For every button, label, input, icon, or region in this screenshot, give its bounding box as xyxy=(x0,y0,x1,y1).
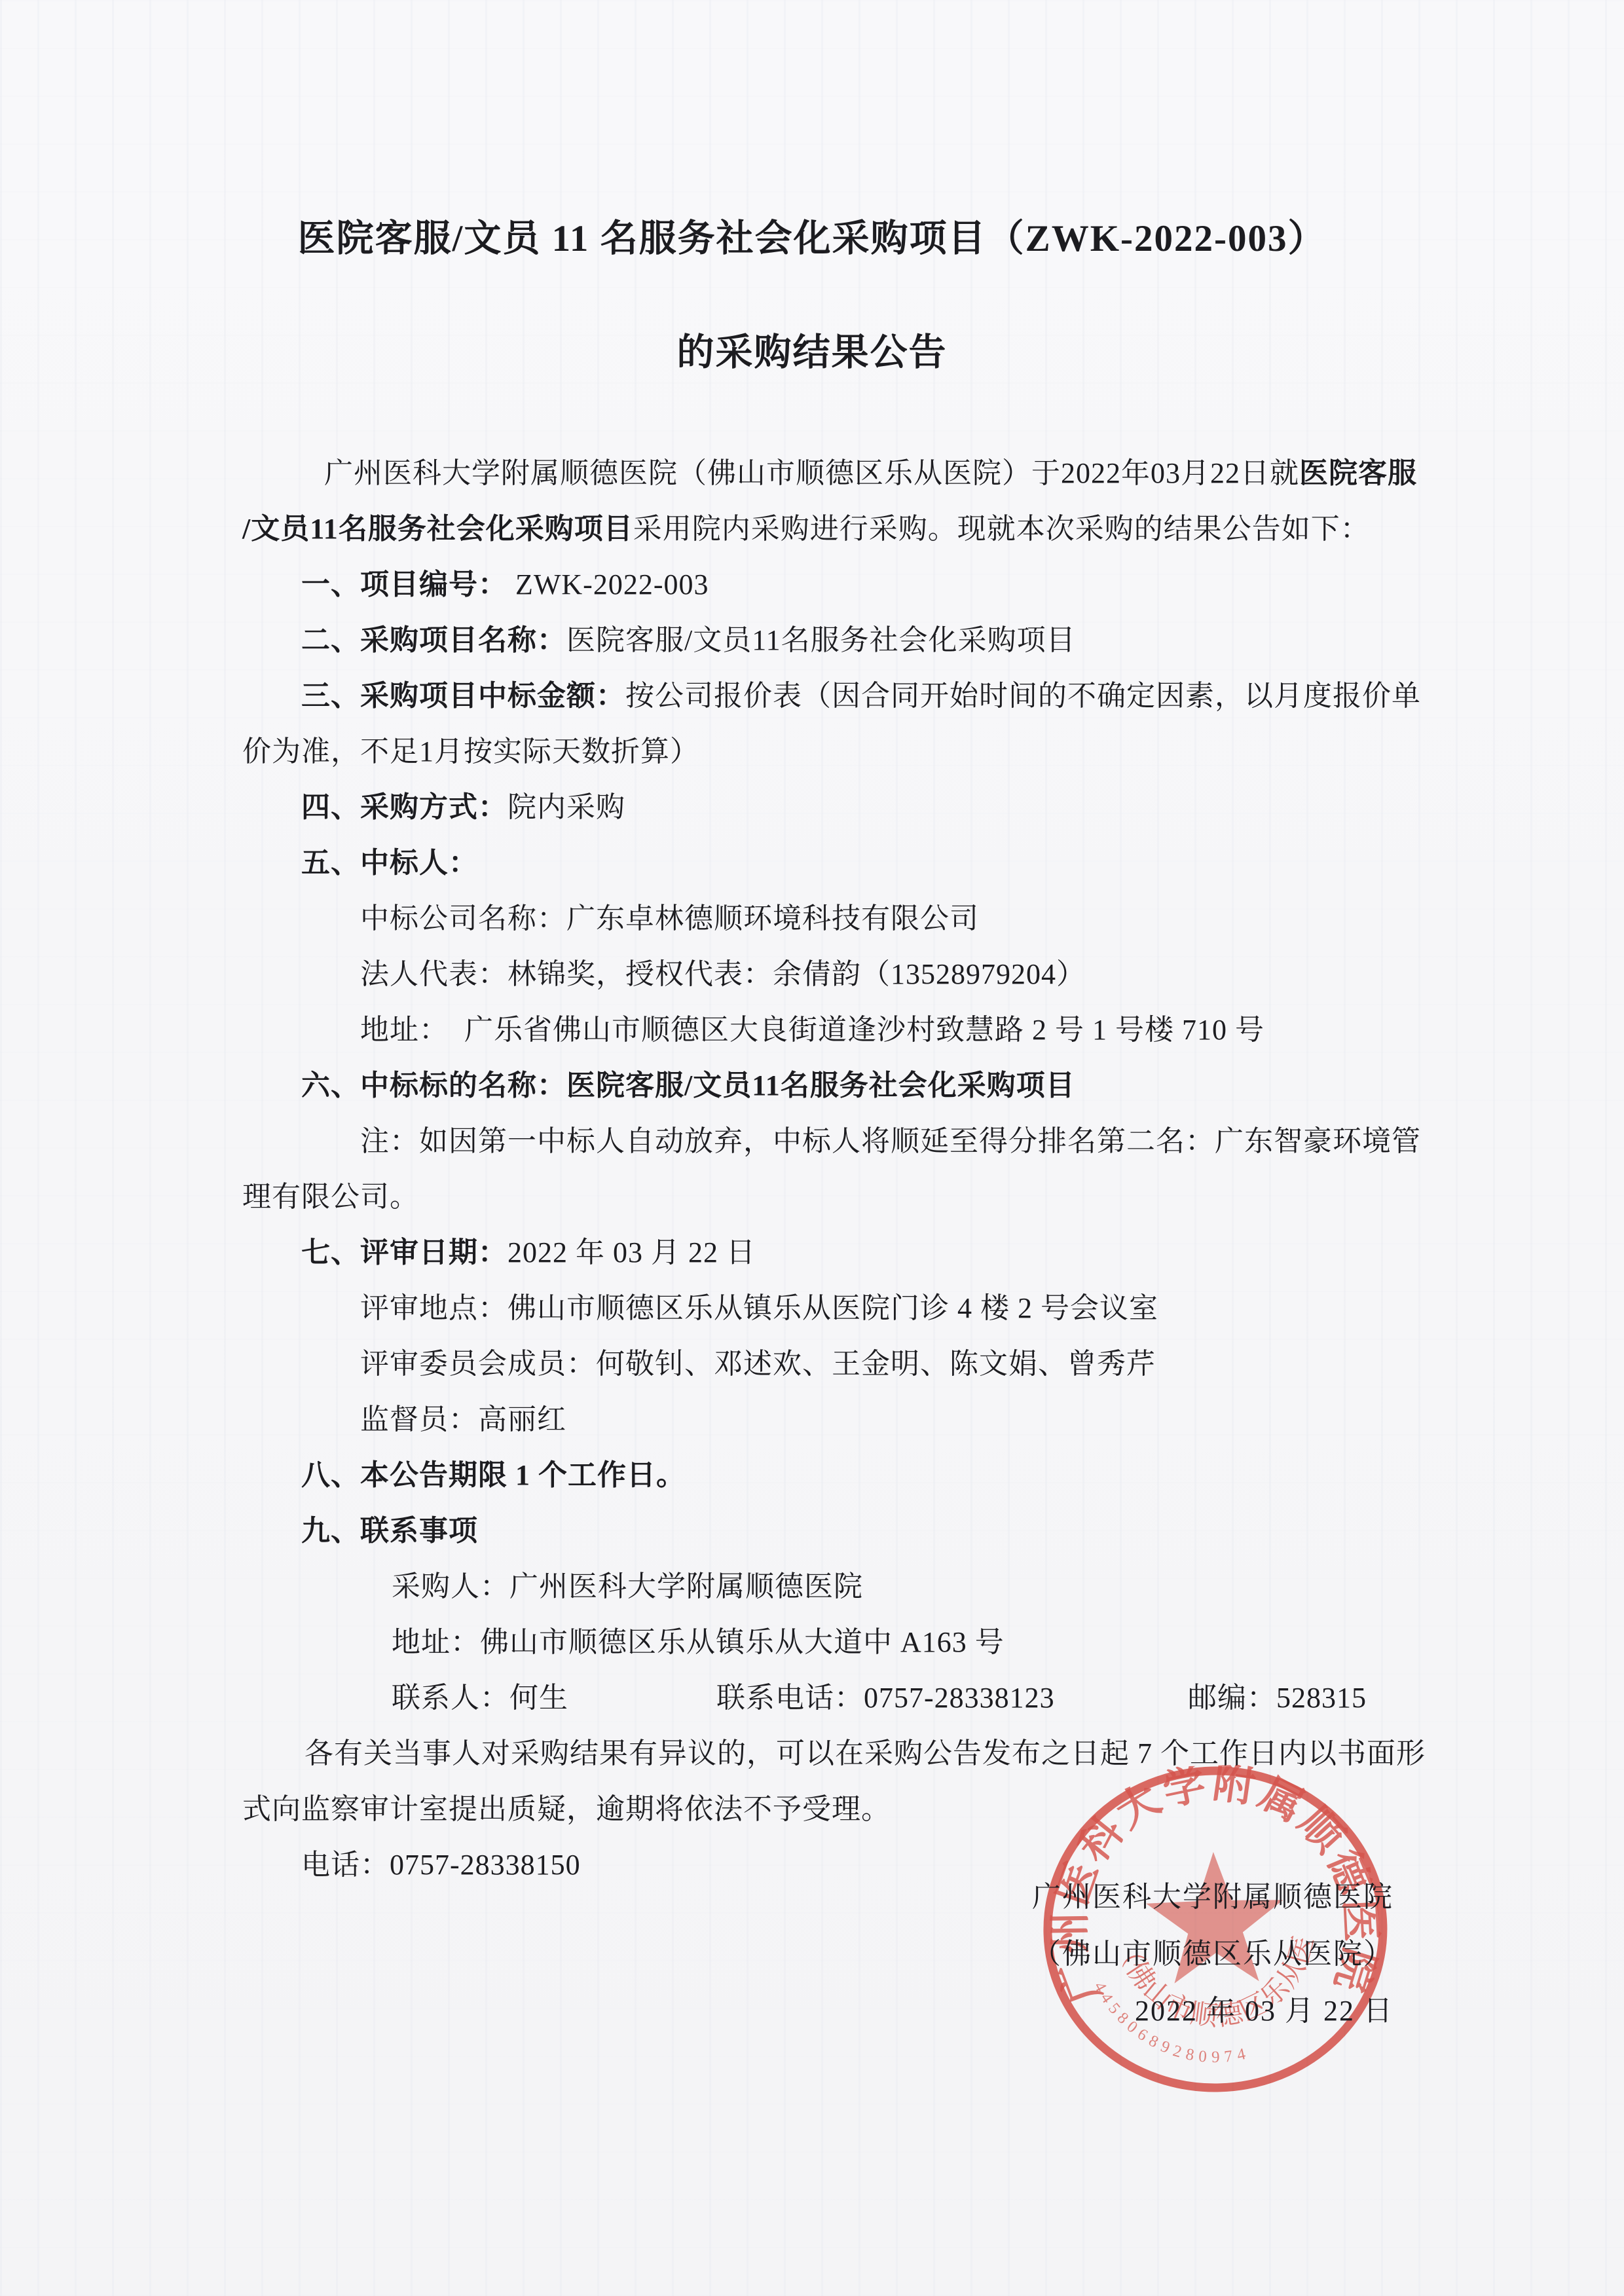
doc-line-19: 八、本公告期限 1 个工作日。 xyxy=(242,1447,1414,1503)
text-segment: 三、采购项目中标金额： xyxy=(301,680,625,712)
text-segment: /文员11名服务社会化采购项目 xyxy=(242,513,633,545)
text-segment: 五、中标人： xyxy=(301,847,478,879)
document-title-line-1: 医院客服/文员 11 名服务社会化采购项目（ZWK-2022-003） xyxy=(0,208,1624,262)
scanned-document-page: 医院客服/文员 11 名服务社会化采购项目（ZWK-2022-003） 的采购结… xyxy=(0,0,1624,2296)
doc-line-10: 法人代表：林锦奖，授权代表：余倩韵（13528979204） xyxy=(242,946,1414,1002)
text-segment: ZWK-2022-003 xyxy=(507,568,709,601)
text-segment: 二、采购项目名称： xyxy=(301,624,566,656)
text-segment: 地址：佛山市顺德区乐从镇乐从大道中 A163 号 xyxy=(392,1626,1005,1658)
signature-block: 广州医科大学附属顺德医院 （佛山市顺德区乐从医院） 2022 年 03 月 22… xyxy=(1032,1868,1393,2039)
doc-line-12: 六、中标标的名称：医院客服/文员11名服务社会化采购项目 xyxy=(242,1058,1414,1113)
text-segment: 注：如因第一中标人自动放弃，中标人将顺延至得分排名第二名：广东智豪环境管 xyxy=(360,1125,1421,1157)
text-segment: 电话：0757-28338150 xyxy=(301,1849,581,1881)
text-segment: 各有关当事人对采购结果有异议的，可以在采购公告发布之日起 7 个工作日内以书面形 xyxy=(304,1737,1426,1769)
text-segment: 评审委员会成员：何敬钊、邓述欢、王金明、陈文娟、曾秀芹 xyxy=(360,1348,1156,1380)
doc-line-25: 式向监察审计室提出质疑，逾期将依法不予受理。 xyxy=(242,1781,1414,1837)
text-segment: 七、评审日期： xyxy=(301,1236,507,1268)
text-segment: 理有限公司。 xyxy=(242,1181,419,1213)
text-segment: 2022 年 03 月 22 日 xyxy=(507,1236,756,1268)
doc-line-18: 监督员：高丽红 xyxy=(242,1392,1414,1447)
doc-line-15: 七、评审日期：2022 年 03 月 22 日 xyxy=(242,1225,1414,1280)
text-segment: 四、采购方式： xyxy=(301,791,507,823)
text-segment: 院内采购 xyxy=(507,791,625,823)
text-segment: 式向监察审计室提出质疑，逾期将依法不予受理。 xyxy=(242,1793,891,1825)
text-segment: 价为准，不足1月按实际天数折算） xyxy=(242,735,699,768)
text-segment: 八、本公告期限 1 个工作日。 xyxy=(301,1459,686,1491)
text-segment: 联系电话：0757-28338123 xyxy=(716,1670,1055,1726)
text-segment: 监督员：高丽红 xyxy=(360,1403,566,1435)
doc-line-8: 五、中标人： xyxy=(242,835,1414,891)
text-segment: 按公司报价表（因合同开始时间的不确定因素，以月度报价单 xyxy=(625,680,1421,712)
text-segment: 评审地点：佛山市顺德区乐从镇乐从医院门诊 4 楼 2 号会议室 xyxy=(360,1292,1158,1324)
doc-line-13: 注：如因第一中标人自动放弃，中标人将顺延至得分排名第二名：广东智豪环境管 xyxy=(242,1113,1414,1169)
doc-line-2: /文员11名服务社会化采购项目采用院内采购进行采购。现就本次采购的结果公告如下： xyxy=(242,501,1414,557)
doc-line-9: 中标公司名称：广东卓林德顺环境科技有限公司 xyxy=(242,891,1414,946)
doc-line-24: 各有关当事人对采购结果有异议的，可以在采购公告发布之日起 7 个工作日内以书面形 xyxy=(242,1726,1414,1781)
doc-line-21: 采购人：广州医科大学附属顺德医院 xyxy=(242,1559,1414,1614)
text-segment: 法人代表：林锦奖，授权代表：余倩韵（13528979204） xyxy=(360,958,1086,990)
doc-line-3: 一、项目编号： ZWK-2022-003 xyxy=(242,557,1414,612)
signature-date: 2022 年 03 月 22 日 xyxy=(1032,1982,1393,2039)
text-segment: 一、项目编号： xyxy=(301,568,507,601)
doc-line-7: 四、采购方式：院内采购 xyxy=(242,779,1414,835)
text-segment: 地址： 广乐省佛山市顺德区大良街道逢沙村致慧路 2 号 1 号楼 710 号 xyxy=(360,1014,1264,1046)
text-segment: 六、中标标的名称：医院客服/文员11名服务社会化采购项目 xyxy=(301,1069,1075,1102)
text-segment: 中标公司名称：广东卓林德顺环境科技有限公司 xyxy=(360,902,979,935)
doc-line-14: 理有限公司。 xyxy=(242,1169,1414,1225)
text-segment: 采购人：广州医科大学附属顺德医院 xyxy=(392,1570,863,1602)
signature-org-name: 广州医科大学附属顺德医院 xyxy=(1032,1868,1393,1925)
text-segment: 联系人：何生 xyxy=(392,1670,568,1726)
doc-line-11: 地址： 广乐省佛山市顺德区大良街道逢沙村致慧路 2 号 1 号楼 710 号 xyxy=(242,1002,1414,1058)
text-segment: 医院客服 xyxy=(1299,457,1417,489)
doc-line-16: 评审地点：佛山市顺德区乐从镇乐从医院门诊 4 楼 2 号会议室 xyxy=(242,1280,1414,1336)
doc-line-20: 九、联系事项 xyxy=(242,1503,1414,1559)
document-body: 广州医科大学附属顺德医院（佛山市顺德区乐从医院）于2022年03月22日就医院客… xyxy=(242,445,1414,1893)
text-segment: 邮编：528315 xyxy=(1188,1670,1367,1726)
text-segment: 医院客服/文员11名服务社会化采购项目 xyxy=(566,624,1076,656)
text-segment: 采用院内采购进行采购。现就本次采购的结果公告如下： xyxy=(633,513,1370,545)
signature-org-alias: （佛山市顺德区乐从医院） xyxy=(1032,1925,1393,1982)
doc-line-17: 评审委员会成员：何敬钊、邓述欢、王金明、陈文娟、曾秀芹 xyxy=(242,1336,1414,1392)
doc-line-5: 三、采购项目中标金额：按公司报价表（因合同开始时间的不确定因素，以月度报价单 xyxy=(242,668,1414,724)
doc-line-22: 地址：佛山市顺德区乐从镇乐从大道中 A163 号 xyxy=(242,1614,1414,1670)
text-segment: 九、联系事项 xyxy=(301,1515,478,1547)
doc-line-4: 二、采购项目名称：医院客服/文员11名服务社会化采购项目 xyxy=(242,612,1414,668)
text-segment: 广州医科大学附属顺德医院（佛山市顺德区乐从医院）于2022年03月22日就 xyxy=(324,457,1299,489)
doc-line-23: 联系人：何生联系电话：0757-28338123邮编：528315 xyxy=(242,1670,1414,1726)
doc-line-1: 广州医科大学附属顺德医院（佛山市顺德区乐从医院）于2022年03月22日就医院客… xyxy=(242,445,1414,501)
doc-line-6: 价为准，不足1月按实际天数折算） xyxy=(242,724,1414,779)
document-title-line-2: 的采购结果公告 xyxy=(0,322,1624,376)
